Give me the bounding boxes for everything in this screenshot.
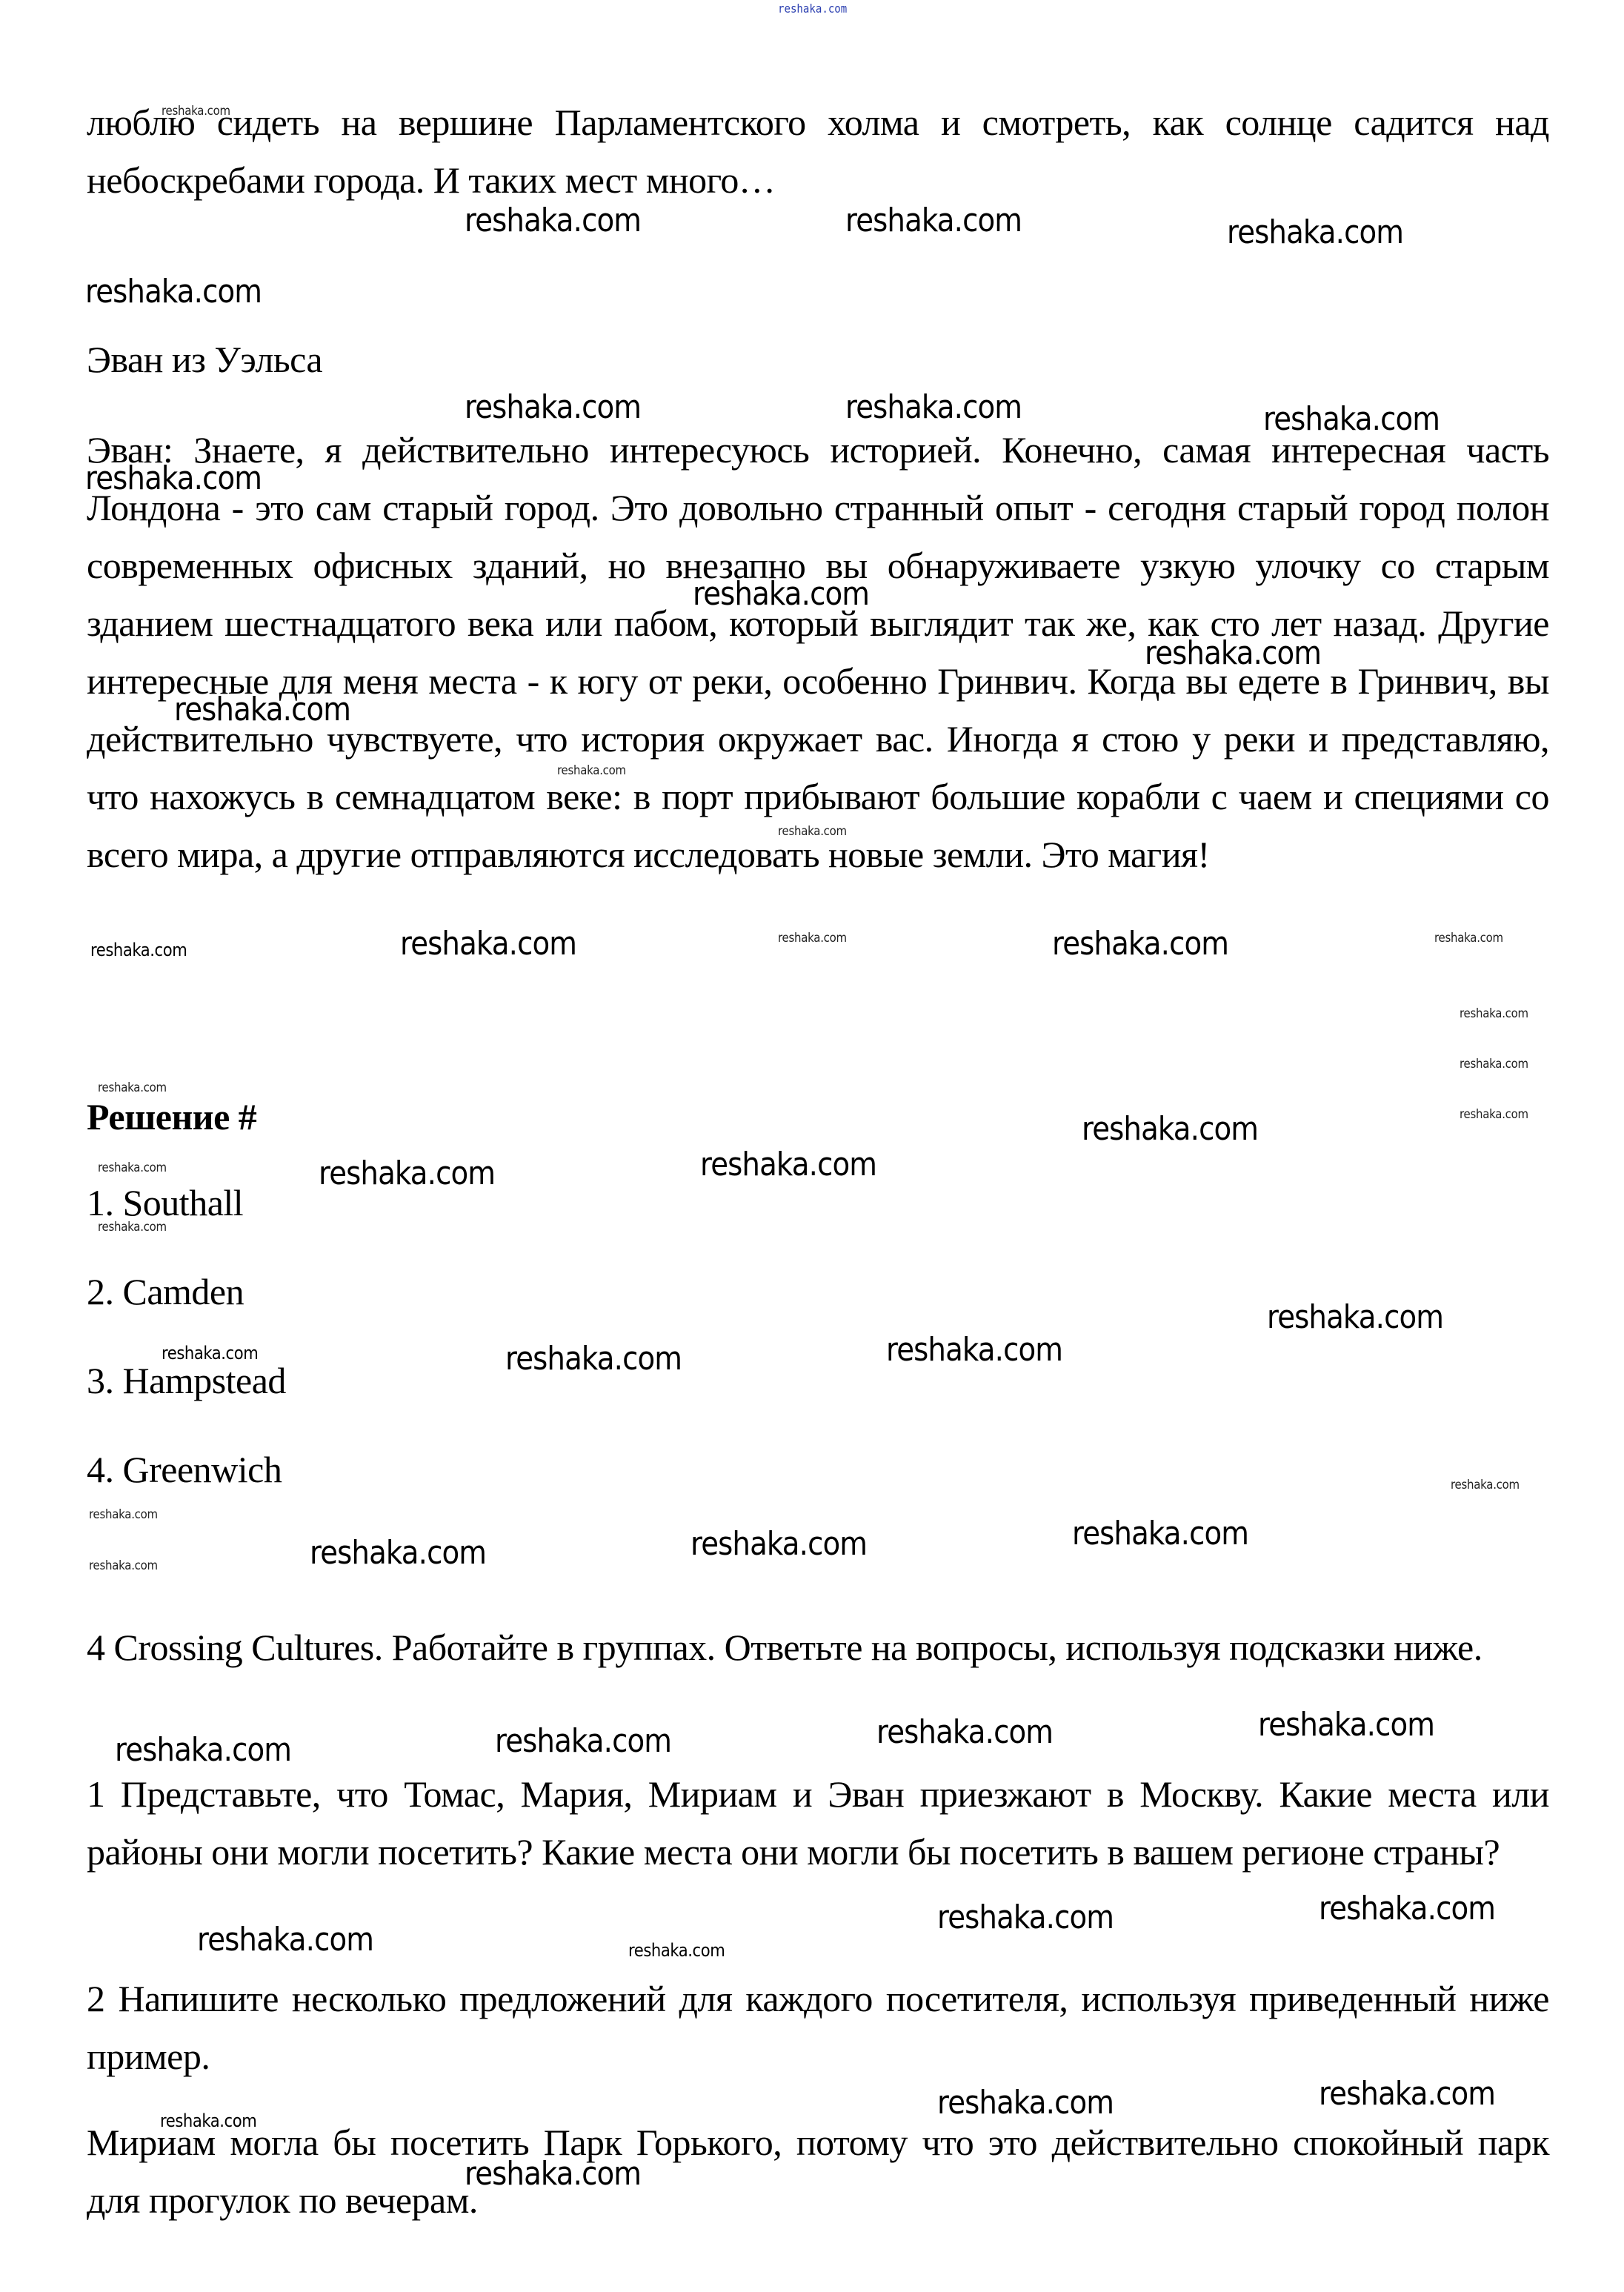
task4-paragraph: 4 Crossing Cultures. Работайте в группах… — [87, 1618, 1549, 1676]
watermark: reshaka.com — [465, 388, 641, 426]
watermark: reshaka.com — [693, 575, 869, 613]
solution-heading: Решение # — [87, 1088, 1549, 1146]
watermark: reshaka.com — [628, 1940, 725, 1961]
watermark: reshaka.com — [1434, 931, 1503, 946]
watermark: reshaka.com — [400, 925, 576, 963]
watermark: reshaka.com — [98, 1160, 167, 1175]
watermark: reshaka.com — [1263, 400, 1440, 438]
intro-paragraph: люблю сидеть на вершине Парламентского х… — [87, 93, 1549, 209]
watermark: reshaka.com — [115, 1731, 291, 1769]
watermark: reshaka.com — [876, 1713, 1053, 1751]
task4-question-1: 1 Представьте, что Томас, Мария, Мириам … — [87, 1765, 1549, 1881]
watermark: reshaka.com — [160, 2110, 256, 2131]
watermark: reshaka.com — [1052, 925, 1228, 963]
watermark: reshaka.com — [98, 1220, 167, 1235]
watermark: reshaka.com — [319, 1155, 495, 1192]
watermark: reshaka.com — [778, 931, 847, 946]
watermark: reshaka.com — [1145, 634, 1321, 672]
watermark: reshaka.com — [778, 824, 847, 839]
watermark: reshaka.com — [85, 459, 262, 497]
watermark: reshaka.com — [162, 1343, 258, 1363]
site-mark[interactable]: reshaka.com — [778, 1, 847, 16]
watermark: reshaka.com — [1267, 1298, 1443, 1336]
watermark: reshaka.com — [1258, 1706, 1434, 1744]
watermark: reshaka.com — [465, 2155, 641, 2193]
watermark: reshaka.com — [310, 1534, 486, 1572]
watermark: reshaka.com — [89, 1558, 158, 1573]
watermark: reshaka.com — [937, 2084, 1114, 2122]
watermark: reshaka.com — [845, 202, 1022, 239]
watermark: reshaka.com — [700, 1146, 876, 1183]
watermark: reshaka.com — [1082, 1110, 1258, 1148]
watermark: reshaka.com — [1227, 213, 1403, 251]
watermark: reshaka.com — [495, 1722, 671, 1760]
watermark: reshaka.com — [845, 388, 1022, 426]
document-page: reshaka.com люблю сидеть на вершине Парл… — [0, 0, 1624, 2292]
watermark: reshaka.com — [505, 1340, 682, 1378]
task4-question-2: 2 Напишите несколько предложений для каж… — [87, 1970, 1549, 2085]
watermark: reshaka.com — [98, 1080, 167, 1095]
answer-item: 4. Greenwich — [87, 1441, 1549, 1498]
watermark: reshaka.com — [557, 763, 626, 778]
watermark: reshaka.com — [85, 273, 262, 310]
evan-paragraph: Эван: Знаете, я действительно интересуюс… — [87, 421, 1549, 883]
watermark: reshaka.com — [1460, 1057, 1528, 1072]
watermark: reshaka.com — [1451, 1478, 1520, 1492]
watermark: reshaka.com — [174, 691, 350, 728]
watermark: reshaka.com — [1460, 1107, 1528, 1122]
watermark: reshaka.com — [1460, 1006, 1528, 1021]
example-sentence: Мириам могла бы посетить Парк Горького, … — [87, 2113, 1549, 2229]
watermark: reshaka.com — [89, 1507, 158, 1522]
watermark: reshaka.com — [1319, 2075, 1495, 2113]
watermark: reshaka.com — [90, 940, 187, 960]
watermark: reshaka.com — [1072, 1515, 1248, 1552]
watermark: reshaka.com — [162, 104, 230, 119]
watermark: reshaka.com — [886, 1331, 1062, 1369]
watermark: reshaka.com — [197, 1921, 373, 1959]
watermark: reshaka.com — [937, 1899, 1114, 1936]
watermark: reshaka.com — [465, 202, 641, 239]
evan-heading: Эван из Уэльса — [87, 330, 1549, 388]
answer-item: 3. Hampstead — [87, 1352, 1549, 1409]
watermark: reshaka.com — [1319, 1890, 1495, 1927]
watermark: reshaka.com — [690, 1525, 867, 1563]
